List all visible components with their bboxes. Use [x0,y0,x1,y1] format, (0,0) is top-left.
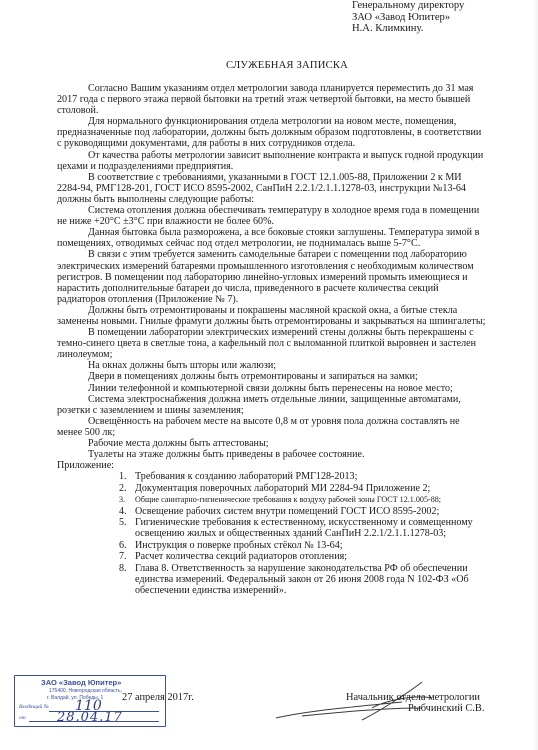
appendix-item-number: 3. [119,494,125,505]
appendix-item-text: Освещение рабочих систем внутри помещени… [135,506,439,517]
appendix-item: 2.Документация поверочных лабораторий МИ… [119,483,487,494]
appendix-item-text: Документация поверочных лабораторий МИ 2… [135,483,430,494]
document-title: СЛУЖЕБНАЯ ЗАПИСКА [0,60,538,71]
appendix-item: 8.Глава 8. Ответственность за нарушение … [119,563,487,597]
memo-paragraph: Освещённость на рабочем месте на высоте … [57,416,487,438]
addressee-line: Генеральному директору [352,0,464,12]
stamp-from-label: от [19,715,26,721]
memo-paragraph: Согласно Вашим указаниям отдел метрологи… [57,83,487,116]
signatory-name: Рыбчинский С.В. [408,703,484,714]
scan-shadow [532,0,538,750]
memo-paragraph: Рабочие места должны быть аттестованы; [57,438,487,449]
addressee-block: Генеральному директору ЗАО «Завод Юпитер… [352,0,464,35]
appendix-item-text: Требования к созданию лабораторий РМГ128… [135,471,357,482]
signatory-title: Начальник отдела метрологии [346,692,480,703]
appendix-item-number: 1. [119,471,127,482]
memo-paragraph: Данная бытовка была разморожена, а все б… [57,227,487,249]
appendix-item-number: 8. [119,563,127,574]
appendix-item: 3.Общие санитарно-гигиенические требован… [119,494,487,505]
memo-paragraph: От качества работы метрологии зависит вы… [57,150,487,172]
appendix-item: 7.Расчет количества секций радиаторов от… [119,551,487,562]
appendix-item-number: 5. [119,517,127,528]
appendix-item-text: Глава 8. Ответственность за нарушение за… [135,563,469,597]
appendix-item-text: Общие санитарно-гигиенические требования… [135,495,441,504]
appendix-list: 1.Требования к созданию лабораторий РМГ1… [57,471,487,596]
stamp-from-date: 28.04.17 [57,710,123,725]
stamp-incoming-label: Входящий № [19,704,49,710]
paragraphs: Согласно Вашим указаниям отдел метрологи… [57,83,487,460]
appendix-item-text: Инструкция о поверке пробных стёкол № 13… [135,540,343,551]
memo-paragraph: Должны быть отремонтированы и покрашены … [57,305,487,327]
appendix-item-number: 4. [119,506,127,517]
appendix-item: 5.Гигиенические требования к естественно… [119,517,487,540]
appendix-item-text: Гигиенические требования к естественному… [135,517,473,539]
stamp-address-line: 175400, Новгородская область, [49,688,122,694]
memo-paragraph: На окнах должны быть шторы или жалюзи; [57,360,487,371]
appendix-heading: Приложение: [57,460,487,471]
appendix-item-number: 6. [119,540,127,551]
appendix-item: 1.Требования к созданию лабораторий РМГ1… [119,471,487,482]
memo-body: Согласно Вашим указаниям отдел метрологи… [57,83,487,597]
memo-paragraph: Для нормального функционирования отдела … [57,116,487,149]
appendix-item-number: 7. [119,551,127,562]
stamp-company: ЗАО «Завод Юпитер» [41,678,121,687]
memo-page: Генеральному директору ЗАО «Завод Юпитер… [0,0,538,750]
memo-paragraph: В помещении лаборатории электрических из… [57,327,487,360]
memo-paragraph: Линии телефонной и компьютерной связи до… [57,383,487,394]
appendix-item-number: 2. [119,483,127,494]
memo-date: 27 апреля 2017г. [122,692,194,703]
appendix-item: 4.Освещение рабочих систем внутри помеще… [119,506,487,517]
memo-paragraph: Двери в помещениях должны быть отремонти… [57,371,487,382]
memo-paragraph: Система электроснабжения должна иметь от… [57,394,487,416]
memo-paragraph: В связи с этим требуется заменить самоде… [57,249,487,304]
memo-paragraph: Система отопления должна обеспечивать те… [57,205,487,227]
memo-paragraph: Туалеты на этаже должны быть приведены в… [57,449,487,460]
addressee-line: ЗАО «Завод Юпитер» [352,12,464,24]
appendix-item-text: Расчет количества секций радиаторов отоп… [135,551,347,562]
appendix-item: 6.Инструкция о поверке пробных стёкол № … [119,540,487,551]
memo-paragraph: В соответствие с требованиями, указанным… [57,172,487,205]
addressee-line: Н.А. Климкину. [352,23,464,35]
